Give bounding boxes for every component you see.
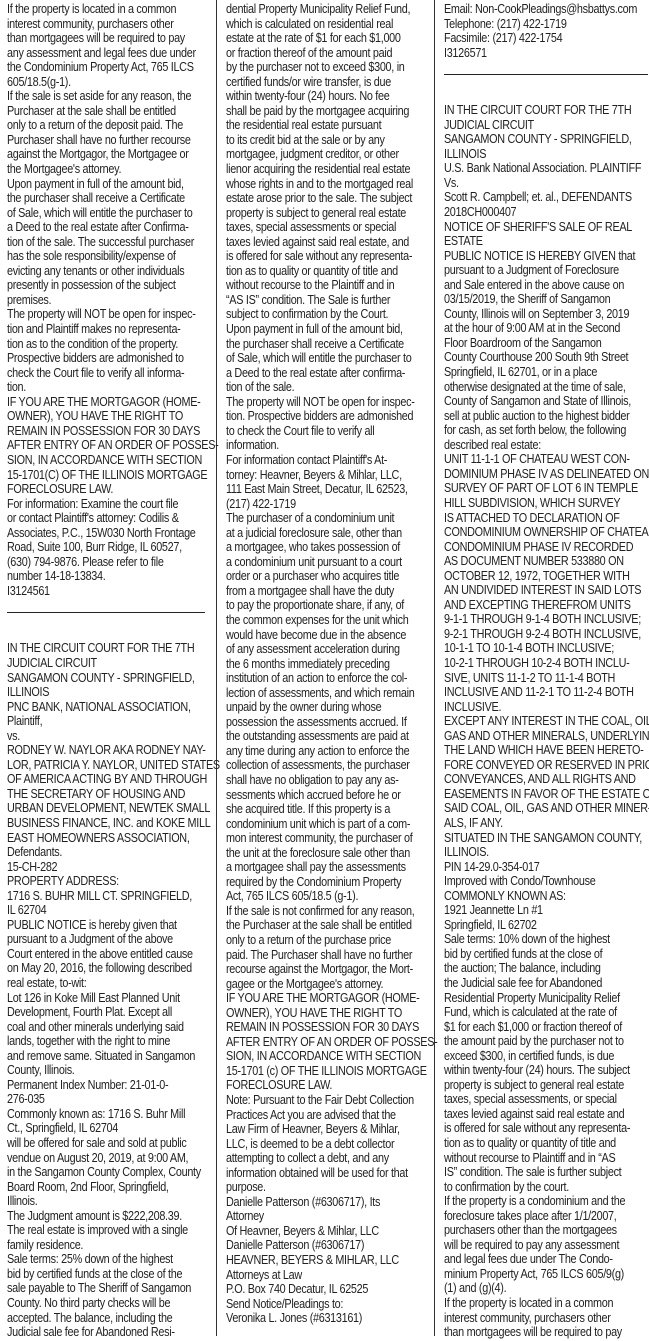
notice-text-line: premises. [7,293,179,308]
notice-text-line: tion of the sale. [226,380,398,395]
notice-text-line: lection of assessments, and which remain [226,686,398,701]
notice-text-line: property is subject to general real esta… [444,1078,620,1093]
notice-text-line: any time during any action to enforce th… [226,744,398,759]
notice-text-line: 10-1-1 TO 10-1-4 BOTH INCLUSIVE; [444,641,620,656]
notice-text-line: 276-035 [7,1092,179,1107]
notice-text-line: SURVEY OF PART OF LOT 6 IN TEMPLE [444,481,620,496]
notice-text-line: Court entered in the above entitled caus… [7,947,179,962]
notice-text-line: ILLINOIS. [444,845,620,860]
notice-text-line: Plaintiff, [7,714,179,729]
notice-text-line: COMMONLY KNOWN AS: [444,889,620,904]
notice-text-line: HILL SUBDIVISION, WHICH SURVEY [444,496,620,511]
notice-text-line: Purchaser shall have no further recourse [7,133,179,148]
notice-text-line: unpaid by the owner during whose [226,700,398,715]
notice-text-line: estate at the rate of $1 for each $1,000 [226,31,398,46]
notice-text-line: Law Firm of Heavner, Beyers & Mihlar, [226,1122,398,1137]
notice-text-line: Ct., Springfield, IL 62704 [7,1121,179,1136]
notice-text-line: tion of the sale. The successful purchas… [7,235,179,250]
notice-text-line: Practices Act you are advised that the [226,1108,398,1123]
notice-text-line: DOMINIUM PHASE IV AS DELINEATED ON [444,467,620,482]
notice-text-line: AN UNDIVIDED INTEREST IN SAID LOTS [444,583,620,598]
notice-text-line: SANGAMON COUNTY - SPRINGFIELD, [444,132,620,147]
notice-text-line: purchasers other than the mortgagees [444,1223,620,1238]
notice-text-line: If the sale is not confirmed for any rea… [226,904,398,919]
column-2: dential Property Municipality Relief Fun… [226,0,426,1341]
notice-text-line: vendue on August 20, 2019, at 9:00 AM, [7,1151,179,1166]
notice-text-line: EASEMENTS IN FAVOR OF THE ESTATE OF [444,787,620,802]
column-divider [434,0,435,1336]
notice-text-line: the auction; The balance, including [444,961,620,976]
notice-separator [7,612,205,613]
notice-text-line: If the property is located in a common [7,2,179,17]
notice-text-line: bid by certified funds at the close of [444,947,620,962]
notice-text-line: shall be paid by the mortgagee acquiring [226,104,398,119]
notice-text-line: tion. Prospective bidders are admonished [226,409,398,424]
notice-text-line: CONDOMINIUM PHASE IV RECORDED [444,540,620,555]
notice-text-line: will be offered for sale and sold at pub… [7,1136,179,1151]
notice-text-line: a condominium unit pursuant to a court [226,555,398,570]
notice-text-line: Judicial sale fee for Abandoned Resi- [7,1325,179,1340]
notice-text-line: at a judicial foreclosure sale, other th… [226,526,398,541]
notice-text-line: against the Mortgagor, the Mortgagee or [7,147,179,162]
notice-text-line: County, Illinois. [7,1063,179,1078]
notice-text-line: at the hour of 9:00 AM at in the Second [444,321,620,336]
notice-text-line: family residence. [7,1238,179,1253]
notice-text-line: ALS, IF ANY. [444,816,620,831]
notice-text-line: JUDICIAL CIRCUIT [7,656,179,671]
notice-text-line: If the property is located in a common [444,1296,620,1311]
notice-text-line: OWNER), YOU HAVE THE RIGHT TO [226,1006,398,1021]
notice-text-line: a mortgagee, who takes possession of [226,540,398,555]
notice-text-line: exceed $300, in certified funds, is due [444,1049,620,1064]
notice-text-line: AS DOCUMENT NUMBER 533880 ON [444,554,620,569]
notice-text-line: LLC, is deemed to be a debt collector [226,1137,398,1152]
legal-notice: Email: Non-CookPleadings@hsbattys.comTel… [444,2,649,60]
notice-text-line: a Deed to the real estate after Confirma… [7,220,179,235]
notice-text-line: IN THE CIRCUIT COURT FOR THE 7TH [444,103,620,118]
notice-text-line: or contact Plaintiff's attorney: Codilis… [7,511,179,526]
notice-text-line: For information contact Plaintiff's At- [226,453,398,468]
notice-text-line: order or a purchaser who acquires title [226,569,398,584]
notice-text-line: INCLUSIVE. [444,700,620,715]
notice-text-line: described real estate: [444,438,620,453]
notice-text-line: accepted. The balance, including the [7,1311,179,1326]
notice-text-line: from a mortgagee shall have the duty [226,584,398,599]
notice-text-line: 15-1701 (c) OF THE ILLINOIS MORTGAGE [226,1064,398,1079]
notice-text-line: interest community, purchasers other [444,1311,620,1326]
notice-text-line: Act, 765 ILCS 605/18.5 (g-1). [226,889,398,904]
notice-text-line: coal and other minerals underlying said [7,1020,179,1035]
notice-text-line: than mortgagees will be required to pay [7,31,179,46]
notice-text-line: The purchaser of a condominium unit [226,511,398,526]
notice-text-line: PUBLIC NOTICE IS HEREBY GIVEN that [444,249,620,264]
notice-text-line: certified funds/or wire transfer, is due [226,75,398,90]
notice-text-line: evicting any tenants or other individual… [7,264,179,279]
notice-text-line: sale payable to The Sheriff of Sangamon [7,1281,179,1296]
notice-text-line: Sale terms: 10% down of the highest [444,932,620,947]
column-divider [216,0,217,1336]
notice-text-line: the Purchaser at the sale shall be entit… [226,918,398,933]
notice-text-line: without recourse to Plaintiff and in “AS [444,1151,620,1166]
notice-text-line: check the Court file to verify all infor… [7,366,179,381]
notice-text-line: IS” condition. The sale is further subje… [444,1165,620,1180]
notice-text-line: SIVE, UNITS 11-1-2 TO 11-1-4 BOTH [444,671,620,686]
notice-text-line: and Sale entered in the above cause on [444,278,620,293]
notice-text-line: P.O. Box 740 Decatur, IL 62525 [226,1282,398,1297]
notice-text-line: presently in possession of the subject [7,278,179,293]
notice-text-line: tion as to the condition of the property… [7,337,179,352]
notice-text-line: Prospective bidders are admonished to [7,351,179,366]
notice-text-line: has the sole responsibility/expense of [7,249,179,264]
notice-text-line: the residential real estate pursuant [226,118,398,133]
notice-text-line: Send Notice/Pleadings to: [226,1297,398,1312]
notice-text-line: a mortgagee shall pay the assessments [226,860,398,875]
notice-text-line: 2018CH000407 [444,205,620,220]
legal-notice: IN THE CIRCUIT COURT FOR THE 7THJUDICIAL… [7,641,207,1339]
notice-text-line: by the purchaser not to exceed $300, in [226,60,398,75]
notice-text-line: Fund, which is calculated at the rate of [444,1005,620,1020]
notice-text-line: only to a return of the purchase price [226,933,398,948]
notice-text-line: I3126571 [444,46,620,61]
notice-text-line: ILLINOIS [444,147,620,162]
notice-text-line: information obtained will be used for th… [226,1166,398,1181]
notice-text-line: OCTOBER 12, 1972, TOGETHER WITH [444,569,620,584]
notice-text-line: lienor acquiring the residential real es… [226,162,398,177]
notice-text-line: PUBLIC NOTICE is hereby given that [7,918,179,933]
notice-text-line: THE SECRETARY OF HOUSING AND [7,787,179,802]
notice-text-line: ESTATE [444,234,620,249]
notice-text-line: County, Illinois will on September 3, 20… [444,307,620,322]
notice-text-line: Of Heavner, Beyers & Mihlar, LLC [226,1224,398,1239]
notice-text-line: FORE CONVEYED OR RESERVED IN PRIOR [444,758,620,773]
notice-text-line: U.S. Bank National Association. PLAINTIF… [444,161,620,176]
notice-text-line: Purchaser at the sale shall be entitled [7,104,179,119]
notice-text-line: information. [226,438,398,453]
notice-text-line: sessments which accrued before he or [226,788,398,803]
notice-text-line: Attorney [226,1209,398,1224]
notice-text-line: IS ATTACHED TO DECLARATION OF [444,511,620,526]
notice-text-line: taxes levied against said real estate, a… [226,235,398,250]
notice-text-line: gagee or the Mortgagee's attorney. [226,977,398,992]
notice-text-line: dential Property Municipality Relief Fun… [226,2,398,17]
notice-text-line: mon interest community, the purchaser of [226,831,398,846]
notice-text-line: IF YOU ARE THE MORTGAGOR (HOME- [7,395,179,410]
notice-text-line: a Deed to the real estate after confirma… [226,366,398,381]
notice-text-line: HEAVNER, BEYERS & MIHLAR, LLC [226,1253,398,1268]
notice-text-line: 15-1701(C) OF THE ILLINOIS MORTGAGE [7,468,179,483]
notice-text-line: LOR, PATRICIA Y. NAYLOR, UNITED STATES [7,758,179,773]
notice-text-line: EXCEPT ANY INTEREST IN THE COAL, OIL, [444,714,620,729]
notice-text-line: to pay the proportionate share, if any, … [226,598,398,613]
notice-text-line: paid. The Purchaser shall have no furthe… [226,948,398,963]
notice-text-line: would have become due in the absence [226,628,398,643]
notice-text-line: on May 20, 2016, the following described [7,961,179,976]
notice-text-line: SANGAMON COUNTY - SPRINGFIELD, [7,671,179,686]
notice-text-line: Springfield, IL 62702 [444,918,620,933]
notice-text-line: purpose. [226,1180,398,1195]
notice-text-line: the outstanding assessments are paid at [226,729,398,744]
notice-text-line: and remove same. Situated in Sangamon [7,1049,179,1064]
notice-text-line: INCLUSIVE AND 11-2-1 TO 11-2-4 BOTH [444,685,620,700]
notice-text-line: REMAIN IN POSSESSION FOR 30 DAYS [226,1020,398,1035]
notice-text-line: The real estate is improved with a singl… [7,1223,179,1238]
notice-text-line: is offered for sale without any represen… [226,249,398,264]
notice-text-line: For information: Examine the court file [7,497,179,512]
notice-text-line: Development, Fourth Plat. Except all [7,1005,179,1020]
notice-text-line: AFTER ENTRY OF AN ORDER OF POSSES- [226,1035,398,1050]
notice-text-line: $1 for each $1,000 or fraction thereof o… [444,1020,620,1035]
notice-text-line: CONDOMINIUM OWNERSHIP OF CHATEAU [444,525,620,540]
notice-text-line: 15-CH-282 [7,860,179,875]
notice-text-line: whose rights in and to the mortgaged rea… [226,177,398,192]
notice-text-line: County. No third party checks will be [7,1296,179,1311]
notice-text-line: and legal fees due under The Condo- [444,1252,620,1267]
notice-text-line: for cash, as set forth below, the follow… [444,423,620,438]
notice-text-line: AND EXCEPTING THEREFROM UNITS [444,598,620,613]
notice-text-line: If the sale is set aside for any reason,… [7,89,179,104]
notice-text-line: 605/18.5(g-1). [7,75,179,90]
notice-text-line: County Courthouse 200 South 9th Street [444,350,620,365]
notice-text-line: taxes, special assessments or special [226,220,398,235]
notice-text-line: Sale terms: 25% down of the highest [7,1252,179,1267]
notice-text-line: torney: Heavner, Beyers & Mihlar, LLC, [226,468,398,483]
notice-text-line: The Judgment amount is $222,208.39. [7,1209,179,1224]
notice-text-line: mortgagee, judgment creditor, or other [226,147,398,162]
notice-text-line: the purchaser shall receive a Certificat… [226,337,398,352]
notice-text-line: 10-2-1 THROUGH 10-2-4 BOTH INCLU- [444,656,620,671]
notice-text-line: SITUATED IN THE SANGAMON COUNTY, [444,831,620,846]
notice-text-line: tion. [7,380,179,395]
notice-text-line: PROPERTY ADDRESS: [7,874,179,889]
notice-text-line: collection of assessments, the purchaser [226,758,398,773]
notice-text-line: SION, IN ACCORDANCE WITH SECTION [7,453,179,468]
notice-text-line: property is subject to general real esta… [226,206,398,221]
notice-text-line: GAS AND OTHER MINERALS, UNDERLYING [444,729,620,744]
notice-text-line: 111 East Main Street, Decatur, IL 62523, [226,482,398,497]
notice-text-line: otherwise designated at the time of sale… [444,380,620,395]
notice-text-line: the Condominium Property Act, 765 ILCS [7,60,179,75]
notice-text-line: Board Room, 2nd Floor, Springfield, [7,1180,179,1195]
notice-text-line: minium Property Act, 765 ILCS 605/9(g) [444,1267,620,1282]
notice-text-line: to check the Court file to verify all [226,424,398,439]
notice-text-line: foreclosure takes place after 1/1/2007, [444,1209,620,1224]
notice-text-line: subject to confirmation by the Court. [226,307,398,322]
notice-text-line: tion and Plaintiff makes no representa- [7,322,179,337]
notice-text-line: than mortgagees will be required to pay [444,1325,620,1340]
legal-notices-page: If the property is located in a commonin… [0,0,649,1341]
notice-text-line: Permanent Index Number: 21-01-0- [7,1078,179,1093]
notice-text-line: Scott R. Campbell; et. al., DEFENDANTS [444,190,620,205]
notice-text-line: CONVEYANCES, AND ALL RIGHTS AND [444,772,620,787]
notice-text-line: SAID COAL, OIL, GAS AND OTHER MINER- [444,801,620,816]
notice-text-line: The property will NOT be open for inspec… [226,395,398,410]
notice-text-line: taxes levied against said real estate an… [444,1107,620,1122]
notice-text-line: pursuant to a Judgment of the above [7,932,179,947]
notice-text-line: Illinois. [7,1194,179,1209]
notice-text-line: pursuant to a Judgment of Foreclosure [444,263,620,278]
notice-text-line: Facsimile: (217) 422-1754 [444,31,620,46]
notice-text-line: IF YOU ARE THE MORTGAGOR (HOME- [226,991,398,1006]
notice-text-line: Danielle Patterson (#6306717) [226,1238,398,1253]
notice-text-line: within twenty-four (24) hours. No fee [226,89,398,104]
notice-text-line: UNIT 11-1-1 OF CHATEAU WEST CON- [444,452,620,467]
legal-notice: If the property is located in a commonin… [7,2,207,598]
notice-text-line: IN THE CIRCUIT COURT FOR THE 7TH [7,641,179,656]
notice-text-line: vs. [7,729,179,744]
notice-text-line: THE LAND WHICH HAVE BEEN HERETO- [444,743,620,758]
notice-text-line: Danielle Patterson (#6306717), Its [226,1195,398,1210]
notice-text-line: the amount paid by the purchaser not to [444,1034,620,1049]
notice-text-line: Telephone: (217) 422-1719 [444,17,620,32]
notice-text-line: she acquired title. If this property is … [226,802,398,817]
notice-text-line: EAST HOMEOWNERS ASSOCIATION, [7,831,179,846]
notice-text-line: URBAN DEVELOPMENT, NEWTEK SMALL [7,801,179,816]
notice-text-line: the 6 months immediately preceding [226,657,398,672]
notice-text-line: 9-1-1 THROUGH 9-1-4 BOTH INCLUSIVE; [444,612,620,627]
notice-text-line: the purchaser shall receive a Certificat… [7,191,179,206]
legal-notice: dential Property Municipality Relief Fun… [226,2,426,1326]
notice-text-line: 1921 Jeannette Ln #1 [444,903,620,918]
notice-text-line: Note: Pursuant to the Fair Debt Collecti… [226,1093,398,1108]
notice-text-line: BUSINESS FINANCE, INC. and KOKE MILL [7,816,179,831]
notice-text-line: the Judicial sale fee for Abandoned [444,976,620,991]
notice-text-line: only to a return of the deposit paid. Th… [7,118,179,133]
notice-text-line: possession the assessments accrued. If [226,715,398,730]
notice-text-line: NOTICE OF SHERIFF'S SALE OF REAL [444,220,620,235]
notice-text-line: Residential Property Municipality Relief [444,991,620,1006]
notice-text-line: shall have no obligation to pay any as- [226,773,398,788]
notice-text-line: interest community, purchasers other [7,17,179,32]
notice-text-line: IL 62704 [7,903,179,918]
notice-text-line: The property will NOT be open for inspec… [7,307,179,322]
notice-text-line: (630) 794-9876. Please refer to file [7,555,179,570]
notice-text-line: the common expenses for the unit which [226,613,398,628]
notice-text-line: County of Sangamon and State of Illinois… [444,394,620,409]
notice-text-line: 9-2-1 THROUGH 9-2-4 BOTH INCLUSIVE, [444,627,620,642]
notice-text-line: Defendants. [7,845,179,860]
notice-text-line: Lot 126 in Koke Mill East Planned Unit [7,991,179,1006]
notice-text-line: which is calculated on residential real [226,17,398,32]
notice-text-line: FORECLOSURE LAW. [226,1078,398,1093]
notice-text-line: Vs. [444,176,620,191]
notice-text-line: Upon payment in full of the amount bid, [7,177,179,192]
notice-text-line: Attorneys at Law [226,1268,398,1283]
notice-text-line: will be required to pay any assessment [444,1238,620,1253]
notice-text-line: of Sale, which will entitle the purchase… [7,206,179,221]
notice-text-line: RODNEY W. NAYLOR AKA RODNEY NAY- [7,743,179,758]
notice-text-line: any assessment and legal fees due under [7,46,179,61]
notice-text-line: to its credit bid at the sale or by any [226,133,398,148]
notice-text-line: or fraction thereof of the amount paid [226,46,398,61]
notice-text-line: Road, Suite 100, Burr Ridge, IL 60527, [7,540,179,555]
notice-text-line: within twenty-four (24) hours. The subje… [444,1063,620,1078]
notice-text-line: in the Sangamon County Complex, County [7,1165,179,1180]
notice-text-line: Upon payment in full of the amount bid, [226,322,398,337]
notice-text-line: required by the Condominium Property [226,875,398,890]
notice-text-line: FORECLOSURE LAW. [7,482,179,497]
notice-text-line: If the property is a condominium and the [444,1194,620,1209]
notice-text-line: the Mortgagee's attorney. [7,162,179,177]
notice-text-line: to confirmation by the court. [444,1180,620,1195]
notice-text-line: estate arose prior to the sale. The subj… [226,191,398,206]
notice-text-line: institution of an action to enforce the … [226,671,398,686]
notice-text-line: number 14-18-13834. [7,569,179,584]
notice-text-line: tion as to quality or quantity of title … [444,1136,620,1151]
notice-text-line: I3124561 [7,584,179,599]
notice-text-line: OWNER), YOU HAVE THE RIGHT TO [7,409,179,424]
notice-text-line: ILLINOIS [7,685,179,700]
notice-text-line: (217) 422-1719 [226,497,398,512]
notice-text-line: real estate, to-wit: [7,976,179,991]
notice-text-line: Associates, P.C., 15W030 North Frontage [7,526,179,541]
notice-text-line: (1) and (g)(4). [444,1281,620,1296]
notice-text-line: tion as to quality or quantity of title … [226,264,398,279]
notice-text-line: PIN 14-29.0-354-017 [444,860,620,875]
notice-text-line: REMAIN IN POSSESSION FOR 30 DAYS [7,424,179,439]
notice-text-line: taxes, special assessments, or special [444,1092,620,1107]
notice-text-line: condominium unit which is part of a com- [226,817,398,832]
notice-text-line: the unit at the foreclosure sale other t… [226,846,398,861]
notice-text-line: Veronika L. Jones (#6313161) [226,1311,398,1326]
notice-text-line: 1716 S. BUHR MILL CT. SPRINGFIELD, [7,889,179,904]
legal-notice: IN THE CIRCUIT COURT FOR THE 7THJUDICIAL… [444,103,649,1339]
notice-text-line: AFTER ENTRY OF AN ORDER OF POSSES- [7,438,179,453]
notice-text-line: Commonly known as: 1716 S. Buhr Mill [7,1107,179,1122]
notice-text-line: “AS IS” condition. The Sale is further [226,293,398,308]
notice-text-line: is offered for sale without any represen… [444,1121,620,1136]
notice-text-line: 03/15/2019, the Sheriff of Sangamon [444,292,620,307]
column-3: Email: Non-CookPleadings@hsbattys.comTel… [444,0,649,1341]
notice-text-line: without recourse to the Plaintiff and in [226,278,398,293]
notice-text-line: lands, together with the right to mine [7,1034,179,1049]
notice-text-line: Springfield, IL 62701, or in a place [444,365,620,380]
notice-text-line: OF AMERICA ACTING BY AND THROUGH [7,772,179,787]
notice-text-line: Email: Non-CookPleadings@hsbattys.com [444,2,620,17]
notice-text-line: Improved with Condo/Townhouse [444,874,620,889]
notice-text-line: PNC BANK, NATIONAL ASSOCIATION, [7,700,179,715]
notice-text-line: of Sale, which will entitle the purchase… [226,351,398,366]
notice-text-line: JUDICIAL CIRCUIT [444,118,620,133]
column-1: If the property is located in a commonin… [7,0,207,1341]
notice-text-line: attempting to collect a debt, and any [226,1151,398,1166]
notice-text-line: sell at public auction to the highest bi… [444,409,620,424]
notice-text-line: Floor Boardroom of the Sangamon [444,336,620,351]
notice-text-line: bid by certified funds at the close of t… [7,1267,179,1282]
notice-text-line: of any assessment acceleration during [226,642,398,657]
notice-text-line: recourse against the Mortgagor, the Mort… [226,962,398,977]
notice-text-line: SION, IN ACCORDANCE WITH SECTION [226,1049,398,1064]
notice-separator [444,74,648,75]
